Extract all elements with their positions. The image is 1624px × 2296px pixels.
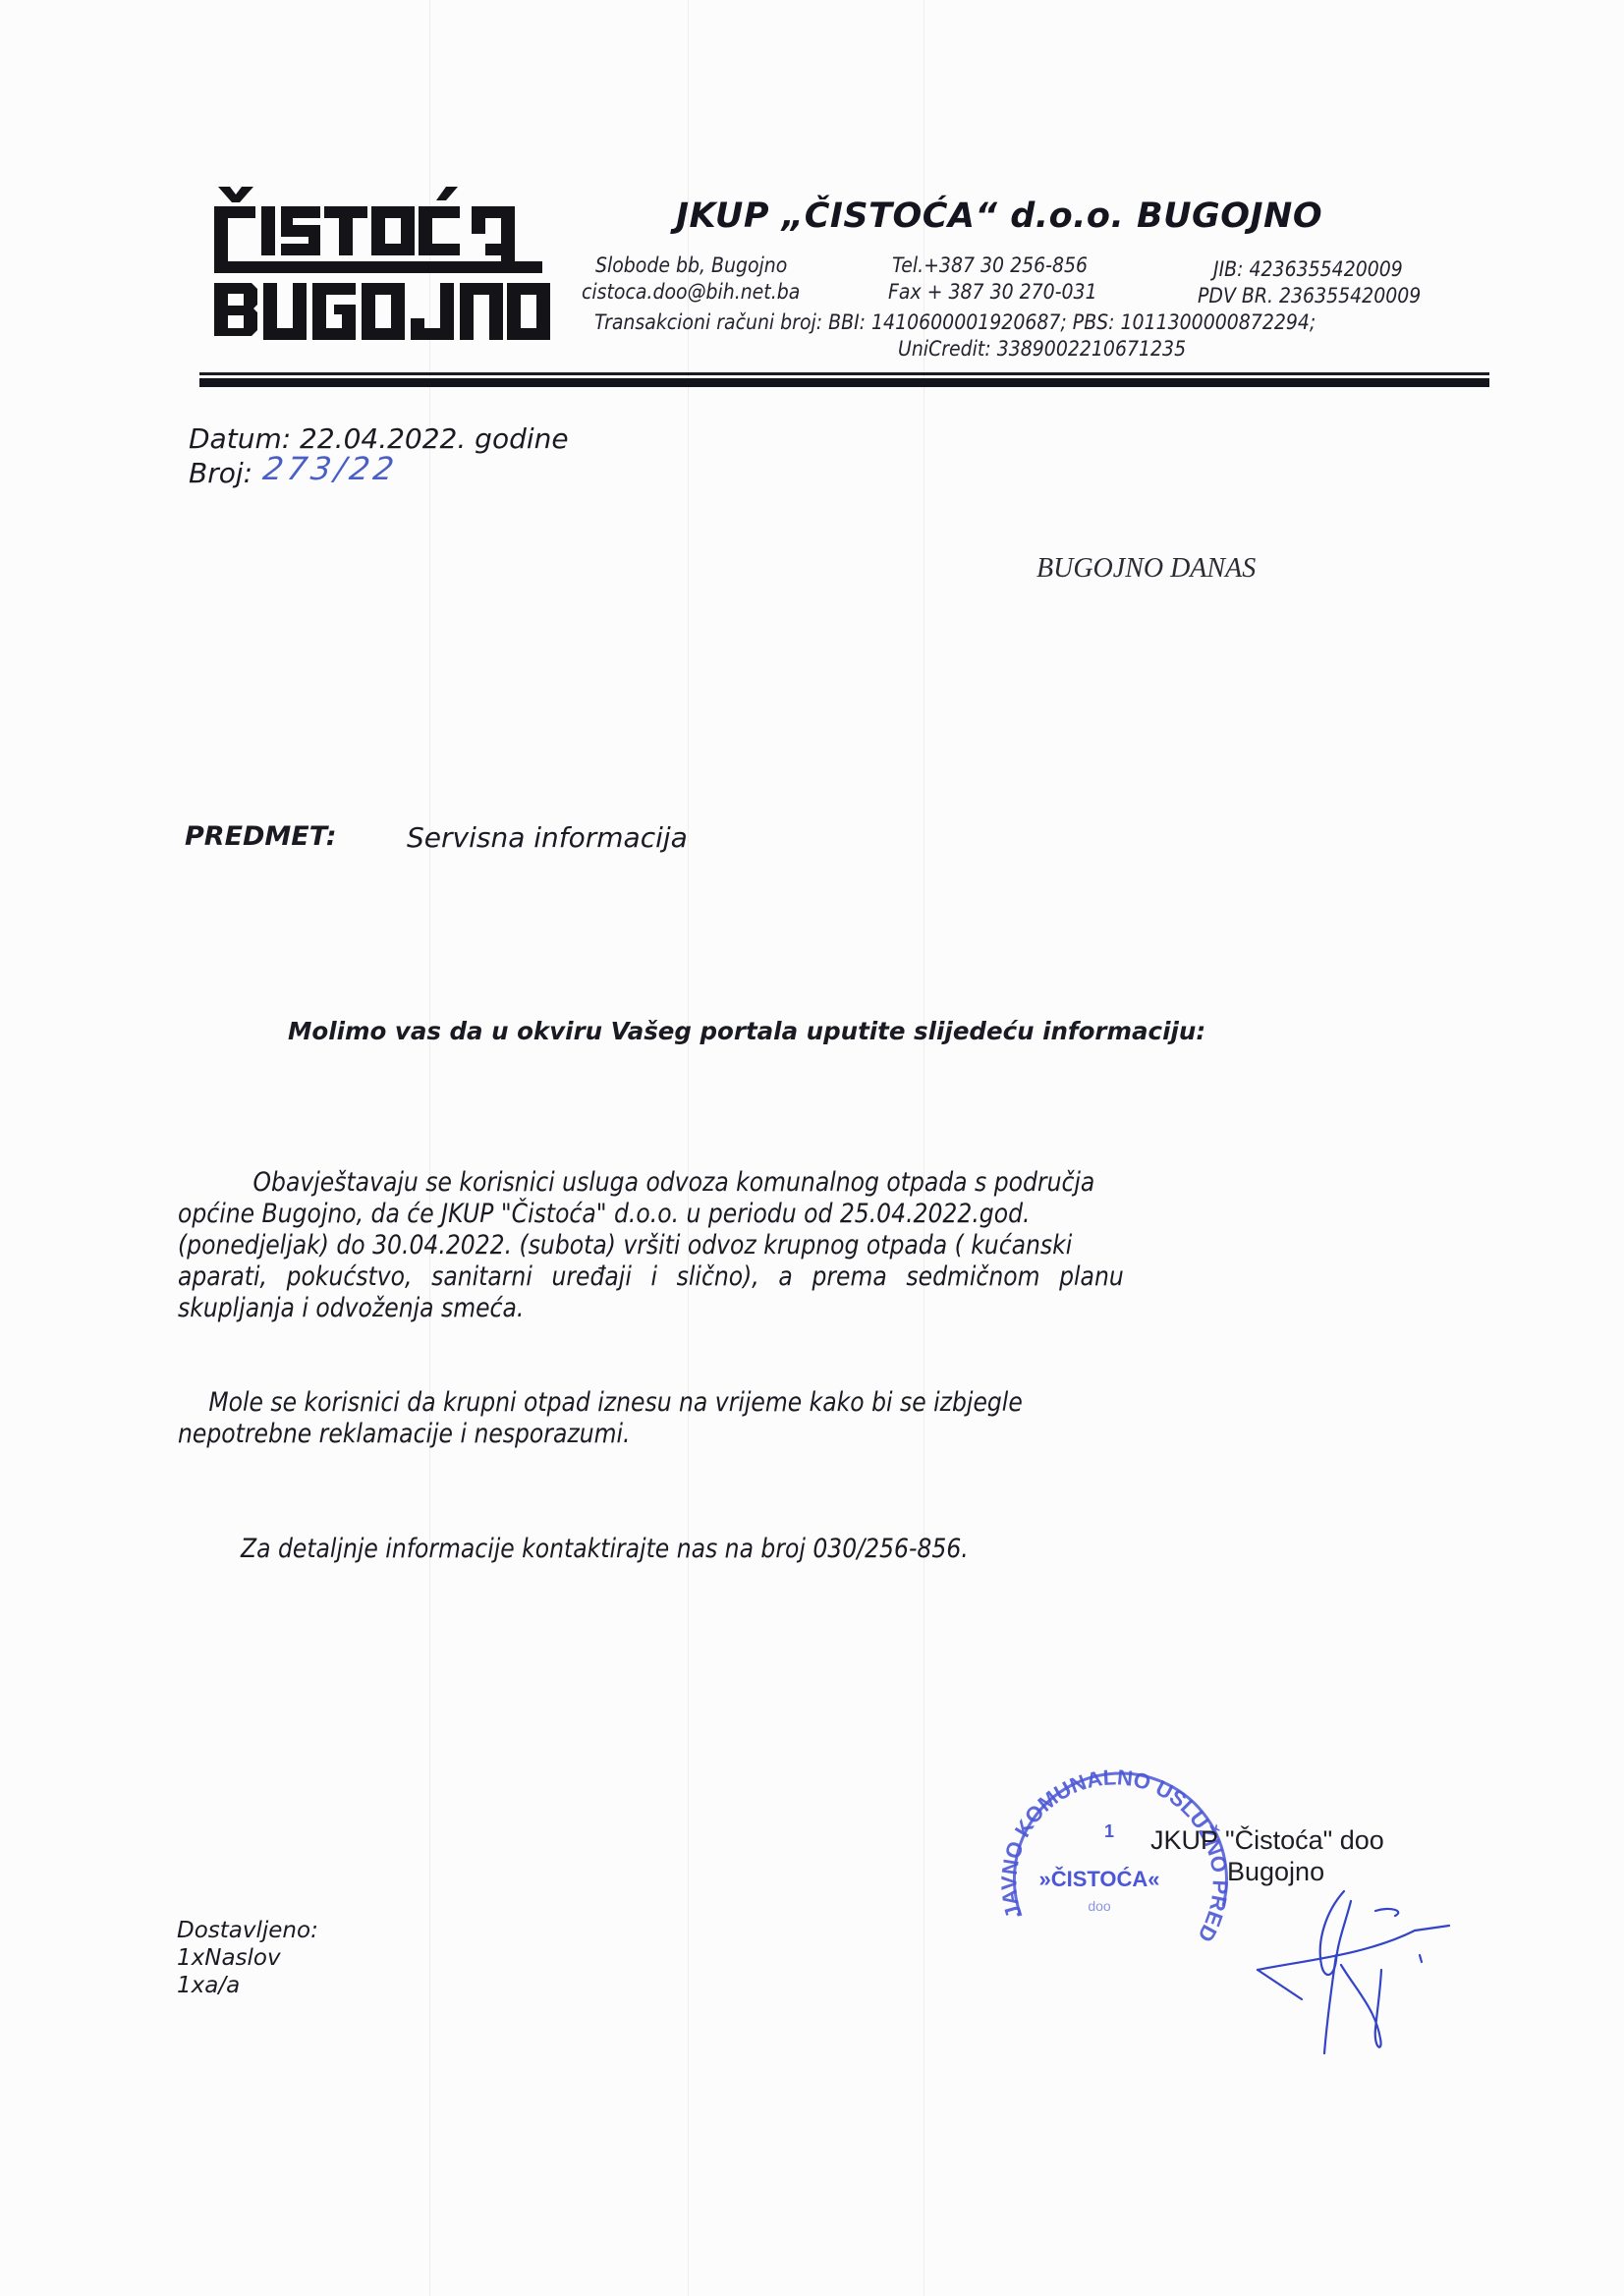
- header-rule-thick: [199, 378, 1489, 387]
- body-line: nepotrebne reklamacije i nesporazumi.: [178, 1419, 1023, 1450]
- body-paragraph-1: Obavještavaju se korisnici usluga odvoza…: [178, 1167, 1416, 1324]
- body-line: skupljanja i odvoženja smeća.: [178, 1293, 1255, 1324]
- body-paragraph-2: Mole se korisnici da krupni otpad iznesu…: [178, 1387, 1148, 1450]
- body-line: aparati, pokućstvo, sanitarni uređaji i …: [178, 1261, 1255, 1293]
- scan-artifact: [688, 0, 689, 2296]
- body-line: (ponedjeljak) do 30.04.2022. (subota) vr…: [178, 1230, 1255, 1261]
- delivered-item: 1xNaslov: [177, 1944, 318, 1972]
- stamp-sub: doo: [1088, 1898, 1111, 1914]
- delivered-block: Dostavljeno: 1xNaslov 1xa/a: [177, 1917, 318, 1999]
- document-number-handwritten: 273/22: [260, 450, 400, 487]
- delivered-label: Dostavljeno:: [177, 1917, 318, 1944]
- stamp-center: »ČISTOĆA«: [1038, 1867, 1159, 1891]
- body-line: Obavještavaju se korisnici usluga odvoza…: [178, 1167, 1255, 1199]
- company-pdv: PDV BR. 236355420009: [1198, 284, 1421, 308]
- company-tel: Tel.+387 30 256-856: [892, 253, 1088, 277]
- body-line: Mole se korisnici da krupni otpad iznesu…: [178, 1387, 1023, 1419]
- company-accounts: Transakcioni računi broj: BBI: 141060000…: [594, 310, 1316, 334]
- company-accounts-unicredit: UniCredit: 3389002210671235: [898, 337, 1186, 361]
- recipient: BUGOJNO DANAS: [1036, 553, 1256, 585]
- company-logo: [210, 185, 552, 362]
- signature: [1228, 1872, 1454, 2058]
- body-line: općine Bugojno, da će JKUP "Čistoća" d.o…: [178, 1199, 1255, 1230]
- subject-value: Servisna informacija: [407, 821, 688, 854]
- company-jib: JIB: 4236355420009: [1213, 257, 1403, 281]
- company-fax: Fax + 387 30 270-031: [888, 280, 1097, 304]
- delivered-item: 1xa/a: [177, 1972, 318, 1999]
- stamp-number: 1: [1104, 1821, 1114, 1841]
- header-rule: [199, 372, 1489, 375]
- request-line: Molimo vas da u okviru Vašeg portala upu…: [288, 1017, 1205, 1045]
- body-line: Za detaljnje informacije kontaktirajte n…: [241, 1534, 969, 1565]
- signoff-company: JKUP "Čistoća" doo: [1150, 1824, 1384, 1856]
- company-address: Slobode bb, Bugojno: [595, 253, 787, 277]
- company-name: JKUP „ČISTOĆA“ d.o.o. BUGOJNO: [676, 196, 1322, 236]
- body-paragraph-3: Za detaljnje informacije kontaktirajte n…: [241, 1534, 1077, 1565]
- document-number-label: Broj:: [189, 457, 252, 489]
- company-email: cistoca.doo@bih.net.ba: [582, 280, 800, 304]
- subject-label: PREDMET:: [185, 821, 337, 852]
